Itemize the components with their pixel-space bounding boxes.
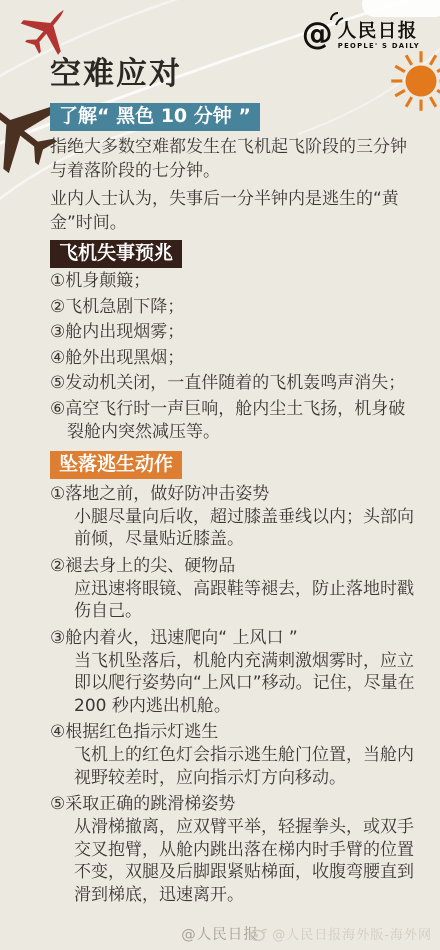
step-body: 飞机上的红色灯会指示逃生舱门位置，当舱内视野较差时，应向指示灯方向移动。 [74,744,420,789]
at-megaphone-icon: @ [302,19,333,49]
omens-list: ①机身颠簸； ②飞机急剧下降； ③舱内出现烟雾； ④舱外出现黑烟； ⑤发动机关闭… [50,270,420,445]
section-escape-actions: 坠落逃生动作 ①落地之前，做好防冲击姿势 小腿尽量向后收，超过膝盖垂线以内；头部… [50,447,420,907]
sound-waves-icon [330,12,344,26]
list-item: ④舱外出现黑烟； [50,347,420,371]
section-black-10-minutes: 了解“ 黑色 10 分钟 ” 指绝大多数空难都发生在飞机起飞阶段的三分钟与着落阶… [50,92,420,235]
section-banner-escape-actions: 坠落逃生动作 [50,451,182,479]
section-banner-crash-omens: 飞机失事预兆 [50,240,182,268]
infographic-poster: @ 人民日报 PEOPLE' S DAILY [0,0,440,950]
list-item: ③舱内出现烟雾； [50,321,420,345]
list-item: ⑤发动机关闭，一直伴随着的飞机轰鸣声消失； [50,372,420,396]
step-heading: ①落地之前，做好防冲击姿势 [50,482,420,506]
step-heading: ②褪去身上的尖、硬物品 [50,554,420,578]
weibo-icon [250,927,268,941]
peoples-daily-logo: @ 人民日报 PEOPLE' S DAILY [302,19,420,50]
step-heading: ⑤采取正确的跳滑梯姿势 [50,792,420,816]
brand-name: 人民日报 [338,21,420,42]
step-body: 当飞机坠落后，机舱内充满刺激烟雾时，应立即以爬行姿势向“上风口”移动。记住，尽量… [74,650,420,718]
content-column: 空难应对 了解“ 黑色 10 分钟 ” 指绝大多数空难都发生在飞机起飞阶段的三分… [50,56,420,909]
list-item: ②飞机急剧下降； [50,296,420,320]
step-body: 应迅速将眼镜、高跟鞋等褪去，防止落地时戳伤自己。 [74,578,420,623]
cloud-shape [362,0,440,17]
step-body: 小腿尽量向后收，超过膝盖垂线以内；头部向前倾，尽量贴近膝盖。 [74,506,420,551]
brand-subtitle: PEOPLE' S DAILY [338,42,420,50]
paragraph: 指绝大多数空难都发生在飞机起飞阶段的三分钟与着落阶段的七分钟。 [50,135,420,183]
page-title: 空难应对 [50,56,420,92]
list-item: ①机身颠簸； [50,270,420,294]
step-heading: ④根据红色指示灯逃生 [50,720,420,744]
footer: @人民日报 @人民日报海外版-海外网 [0,924,440,944]
list-item: ⑥高空飞行时一声巨响，舱内尘土飞扬，机身破裂舱内突然减压等。 [50,398,420,445]
watermark-text: @人民日报海外版-海外网 [272,924,432,943]
footer-watermark: @人民日报海外版-海外网 [250,924,432,943]
footer-credit: @人民日报 [181,923,259,944]
section-crash-omens: 飞机失事预兆 ①机身颠簸； ②飞机急剧下降； ③舱内出现烟雾； ④舱外出现黑烟；… [50,238,420,445]
step-heading: ③舱内着火，迅速爬向“ 上风口 ” [50,626,420,650]
section-banner-black-10-minutes: 了解“ 黑色 10 分钟 ” [50,103,260,131]
paragraph: 业内人士认为，失事后一分半钟内是逃生的“黄金”时间。 [50,187,420,235]
step-body: 从滑梯撤离，应双臂平举，轻握拳头，或双手交叉抱臂，从舱内跳出落在梯内时手臂的位置… [74,816,420,906]
